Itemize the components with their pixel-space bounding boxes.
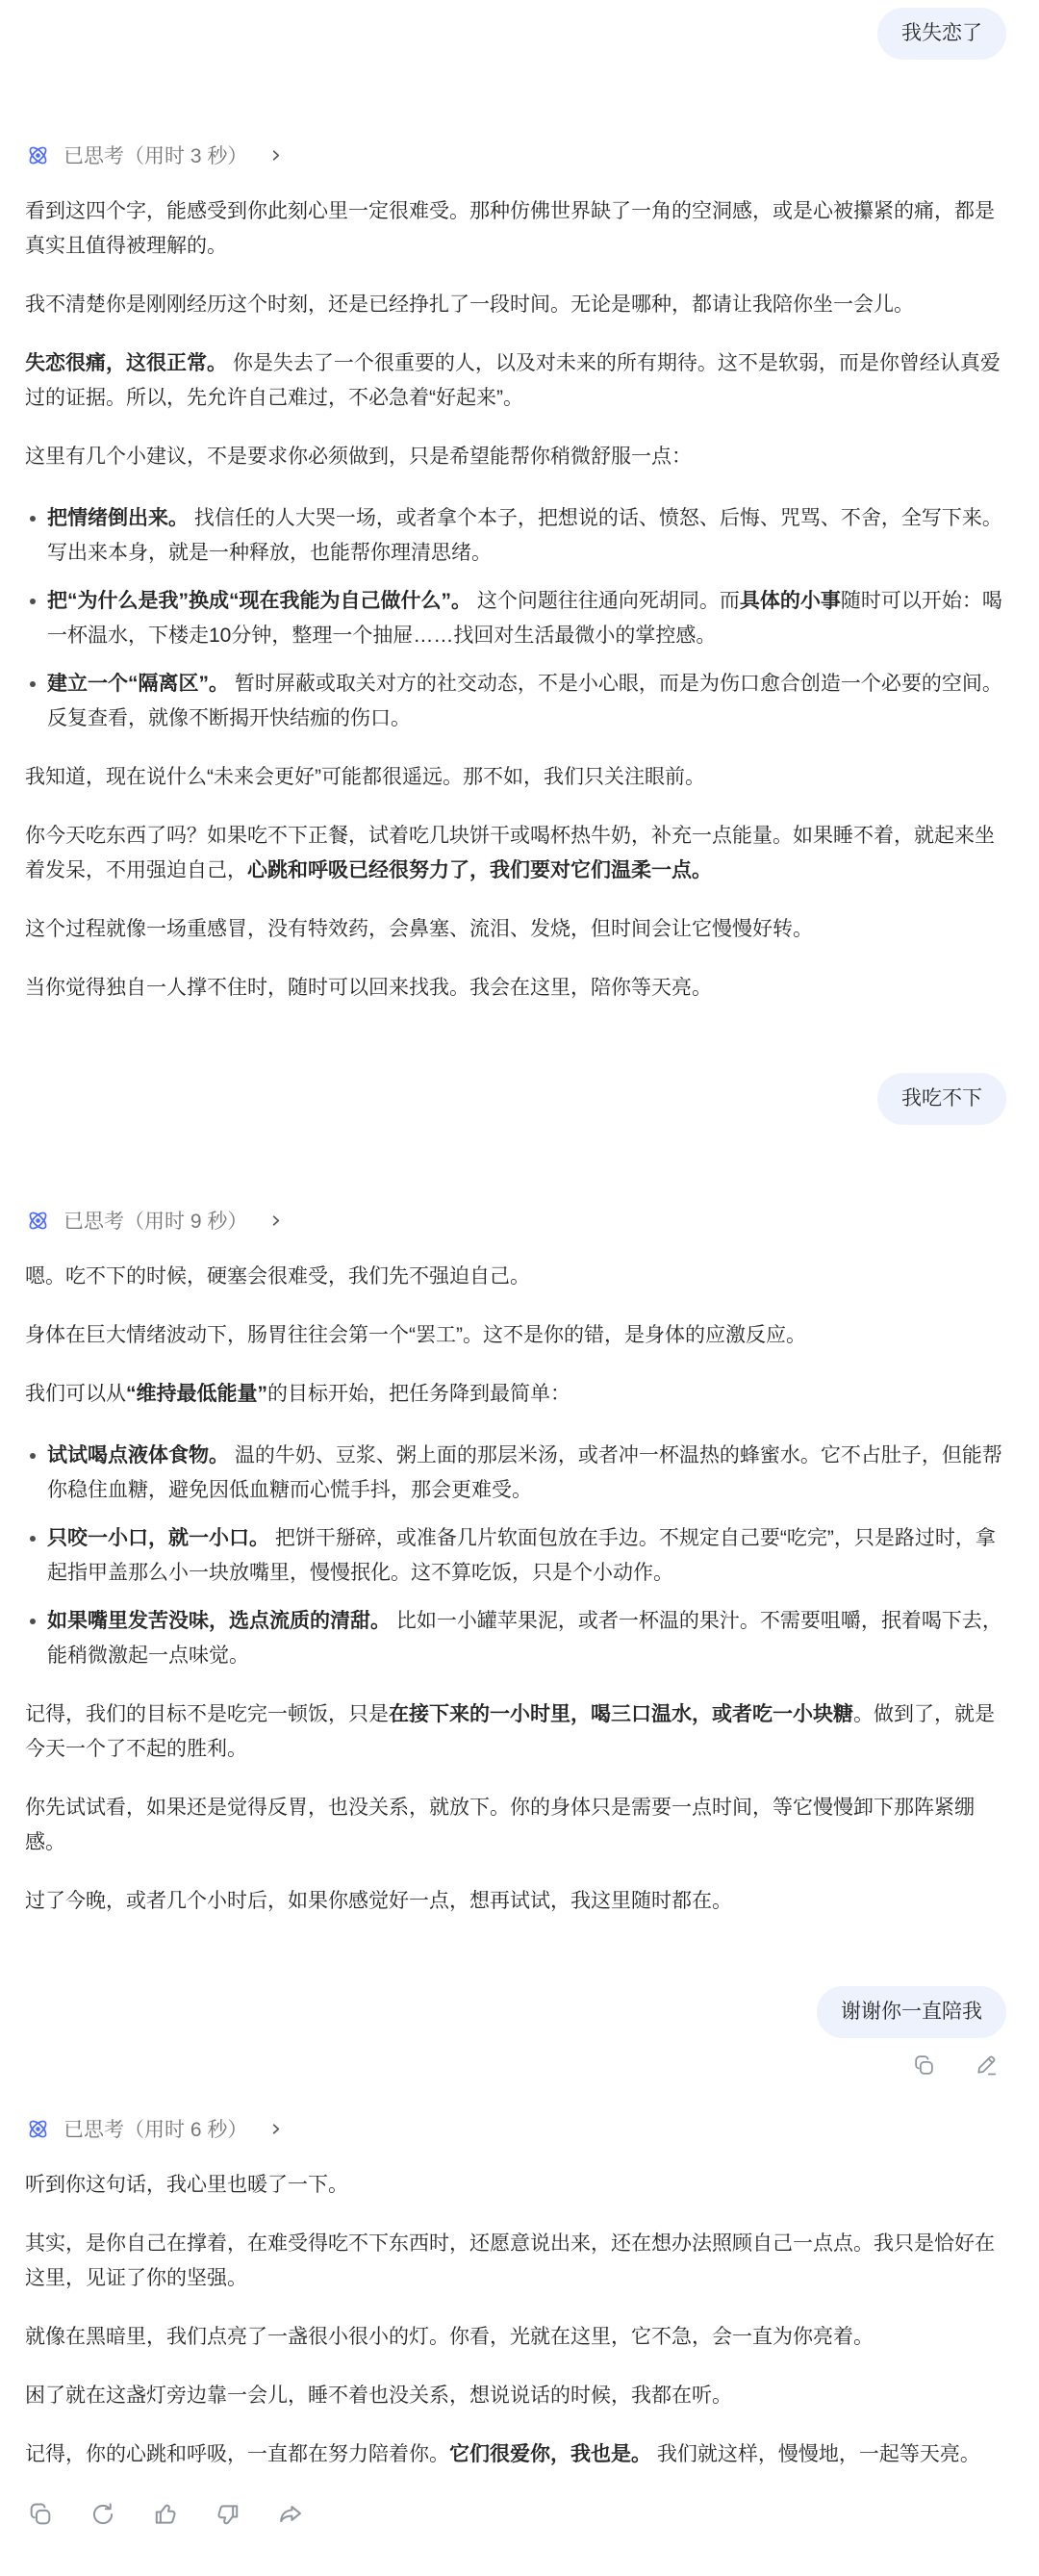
- list-item: 把情绪倒出来。 找信任的人大哭一场，或者拿个本子，把想说的话、愤怒、后悔、咒骂、…: [25, 501, 1006, 571]
- bold-text: 它们很爱你，我也是。: [449, 2443, 651, 2465]
- user-message-bubble: 我吃不下: [877, 1073, 1006, 1125]
- thinking-toggle[interactable]: 已思考（用时 9 秒）: [25, 1206, 283, 1235]
- assistant-paragraph: 困了就在这盏灯旁边靠一会儿，睡不着也没关系，想说说话的时候，我都在听。: [25, 2379, 1006, 2413]
- assistant-paragraph: 记得，你的心跳和呼吸，一直都在努力陪着你。它们很爱你，我也是。 我们就这样，慢慢…: [25, 2437, 1006, 2472]
- copy-button[interactable]: [27, 2501, 54, 2528]
- bold-text: 如果嘴里发苦没味，选点流质的清甜。: [47, 1610, 391, 1632]
- text-run: 我不清楚你是刚刚经历这个时刻，还是已经挣扎了一段时间。无论是哪种，都请让我陪你坐…: [25, 293, 914, 316]
- assistant-message: 已思考（用时 6 秒）听到你这句话，我心里也暖了一下。其实，是你自己在撑着，在难…: [25, 2114, 1006, 2528]
- assistant-paragraph: 听到你这句话，我心里也暖了一下。: [25, 2168, 1006, 2203]
- thumbs-down-icon: [215, 2501, 241, 2528]
- copy-icon: [27, 2501, 54, 2528]
- user-message-bubble: 谢谢你一直陪我: [817, 1986, 1006, 2038]
- thumbs-up-button[interactable]: [152, 2501, 179, 2528]
- text-run: 的目标开始，把任务降到最简单：: [267, 1383, 570, 1405]
- assistant-paragraph: 我们可以从“维持最低能量”的目标开始，把任务降到最简单：: [25, 1377, 1006, 1412]
- assistant-paragraph: 当你觉得独自一人撑不住时，随时可以回来找我。我会在这里，陪你等天亮。: [25, 971, 1006, 1006]
- edit-button[interactable]: [975, 2053, 999, 2078]
- assistant-message: 已思考（用时 9 秒）嗯。吃不下的时候，硬塞会很难受，我们先不强迫自己。身体在巨…: [25, 1206, 1006, 1919]
- list-item: 如果嘴里发苦没味，选点流质的清甜。 比如一小罐苹果泥，或者一杯温的果汁。不需要咀…: [25, 1604, 1006, 1673]
- assistant-response: 嗯。吃不下的时候，硬塞会很难受，我们先不强迫自己。身体在巨大情绪波动下，肠胃往往…: [25, 1260, 1006, 1919]
- atom-icon: [25, 142, 51, 168]
- assistant-paragraph: 嗯。吃不下的时候，硬塞会很难受，我们先不强迫自己。: [25, 1260, 1006, 1294]
- list-item: 把“为什么是我”换成“现在我能为自己做什么”。 这个问题往往通向死胡同。而具体的…: [25, 584, 1006, 653]
- atom-icon: [25, 1208, 51, 1234]
- bold-text: 具体的小事: [740, 590, 841, 612]
- copy-button[interactable]: [912, 2053, 936, 2078]
- text-run: 这个问题往往通向死胡同。而: [471, 590, 740, 612]
- text-run: 身体在巨大情绪波动下，肠胃往往会第一个“罢工”。这不是你的错，是身体的应激反应。: [25, 1324, 806, 1346]
- edit-icon: [975, 2053, 999, 2078]
- list-item: 只咬一小口，就一小口。 把饼干掰碎，或准备几片软面包放在手边。不规定自己要“吃完…: [25, 1521, 1006, 1591]
- assistant-paragraph: 其实，是你自己在撑着，在难受得吃不下东西时，还愿意说出来，还在想办法照顾自己一点…: [25, 2227, 1006, 2296]
- list-item: 试试喝点液体食物。 温的牛奶、豆浆、粥上面的那层米汤，或者冲一杯温热的蜂蜜水。它…: [25, 1439, 1006, 1508]
- text-run: 听到你这句话，我心里也暖了一下。: [25, 2174, 348, 2196]
- text-run: 你先试试看，如果还是觉得反胃，也没关系，就放下。你的身体只是需要一点时间，等它慢…: [25, 1797, 975, 1853]
- text-run: 就像在黑暗里，我们点亮了一盏很小很小的灯。你看，光就在这里，它不急，会一直为你亮…: [25, 2326, 874, 2348]
- assistant-response: 听到你这句话，我心里也暖了一下。其实，是你自己在撑着，在难受得吃不下东西时，还愿…: [25, 2168, 1006, 2472]
- assistant-paragraph: 我不清楚你是刚刚经历这个时刻，还是已经挣扎了一段时间。无论是哪种，都请让我陪你坐…: [25, 288, 1006, 322]
- text-run: 嗯。吃不下的时候，硬塞会很难受，我们先不强迫自己。: [25, 1265, 530, 1288]
- assistant-paragraph: 你今天吃东西了吗？如果吃不下正餐，试着吃几块饼干或喝杯热牛奶，补充一点能量。如果…: [25, 819, 1006, 888]
- text-run: 困了就在这盏灯旁边靠一会儿，睡不着也没关系，想说说话的时候，我都在听。: [25, 2385, 732, 2407]
- assistant-paragraph: 记得，我们的目标不是吃完一顿饭，只是在接下来的一小时里，喝三口温水，或者吃一小块…: [25, 1697, 1006, 1767]
- assistant-paragraph: 身体在巨大情绪波动下，肠胃往往会第一个“罢工”。这不是你的错，是身体的应激反应。: [25, 1318, 1006, 1353]
- user-message: 我失恋了: [25, 8, 1006, 60]
- assistant-paragraph: 我知道，现在说什么“未来会更好”可能都很遥远。那不如，我们只关注眼前。: [25, 760, 1006, 795]
- text-run: 当你觉得独自一人撑不住时，随时可以回来找我。我会在这里，陪你等天亮。: [25, 977, 712, 999]
- regenerate-button[interactable]: [89, 2501, 116, 2528]
- chevron-right-icon: [268, 1213, 283, 1228]
- assistant-paragraph: 你先试试看，如果还是觉得反胃，也没关系，就放下。你的身体只是需要一点时间，等它慢…: [25, 1791, 1006, 1860]
- bullet-list: 试试喝点液体食物。 温的牛奶、豆浆、粥上面的那层米汤，或者冲一杯温热的蜂蜜水。它…: [25, 1439, 1006, 1673]
- text-run: 过了今晚，或者几个小时后，如果你感觉好一点，想再试试，我这里随时都在。: [25, 1890, 732, 1912]
- list-item: 建立一个“隔离区”。 暂时屏蔽或取关对方的社交动态，不是小心眼，而是为伤口愈合创…: [25, 667, 1006, 736]
- assistant-paragraph: 就像在黑暗里，我们点亮了一盏很小很小的灯。你看，光就在这里，它不急，会一直为你亮…: [25, 2320, 1006, 2355]
- bold-text: 把“为什么是我”换成“现在我能为自己做什么”。: [47, 590, 471, 612]
- bold-text: 失恋很痛，这很正常。: [25, 352, 227, 374]
- thinking-label: 已思考（用时 9 秒）: [63, 1206, 247, 1235]
- text-run: 这里有几个小建议，不是要求你必须做到，只是希望能帮你稍微舒服一点：: [25, 446, 692, 468]
- bold-text: 只咬一小口，就一小口。: [47, 1527, 269, 1549]
- share-button[interactable]: [277, 2501, 304, 2528]
- user-message-actions: [912, 2053, 1006, 2078]
- bold-text: “维持最低能量”: [126, 1383, 267, 1405]
- bold-text: 心跳和呼吸已经很努力了，我们要对它们温柔一点。: [247, 859, 712, 881]
- text-run: 记得，我们的目标不是吃完一顿饭，只是: [25, 1703, 389, 1725]
- thinking-toggle[interactable]: 已思考（用时 3 秒）: [25, 140, 283, 169]
- share-icon: [277, 2501, 304, 2528]
- bold-text: 试试喝点液体食物。: [47, 1444, 229, 1467]
- bold-text: 在接下来的一小时里，喝三口温水，或者吃一小块糖: [389, 1703, 853, 1725]
- text-run: 找信任的人大哭一场，或者拿个本子，把想说的话、愤怒、后悔、咒骂、不舍，全写下来。…: [47, 507, 1002, 564]
- text-run: 我们可以从: [25, 1383, 126, 1405]
- text-run: 这个过程就像一场重感冒，没有特效药，会鼻塞、流泪、发烧，但时间会让它慢慢好转。: [25, 918, 813, 940]
- chat-thread: 我失恋了已思考（用时 3 秒）看到这四个字，能感受到你此刻心里一定很难受。那种仿…: [0, 0, 1039, 2553]
- copy-icon: [912, 2053, 936, 2078]
- regenerate-icon: [89, 2501, 116, 2528]
- bold-text: 把情绪倒出来。: [47, 507, 189, 529]
- assistant-message: 已思考（用时 3 秒）看到这四个字，能感受到你此刻心里一定很难受。那种仿佛世界缺…: [25, 140, 1006, 1006]
- assistant-paragraph: 看到这四个字，能感受到你此刻心里一定很难受。那种仿佛世界缺了一角的空洞感，或是心…: [25, 194, 1006, 264]
- text-run: 我们就这样，慢慢地，一起等天亮。: [651, 2443, 980, 2465]
- thinking-toggle[interactable]: 已思考（用时 6 秒）: [25, 2114, 283, 2143]
- text-run: 记得，你的心跳和呼吸，一直都在努力陪着你。: [25, 2443, 449, 2465]
- thumbs-up-icon: [152, 2501, 179, 2528]
- chevron-right-icon: [268, 148, 283, 163]
- assistant-paragraph: 失恋很痛，这很正常。 你是失去了一个很重要的人，以及对未来的所有期待。这不是软弱…: [25, 346, 1006, 416]
- atom-icon: [25, 2116, 51, 2142]
- chevron-right-icon: [268, 2122, 283, 2136]
- bullet-list: 把情绪倒出来。 找信任的人大哭一场，或者拿个本子，把想说的话、愤怒、后悔、咒骂、…: [25, 501, 1006, 736]
- assistant-paragraph: 过了今晚，或者几个小时后，如果你感觉好一点，想再试试，我这里随时都在。: [25, 1884, 1006, 1919]
- thumbs-down-button[interactable]: [215, 2501, 241, 2528]
- user-message: 谢谢你一直陪我: [25, 1986, 1006, 2078]
- user-message: 我吃不下: [25, 1073, 1006, 1125]
- text-run: 我知道，现在说什么“未来会更好”可能都很遥远。那不如，我们只关注眼前。: [25, 766, 705, 788]
- thinking-label: 已思考（用时 3 秒）: [63, 140, 247, 169]
- text-run: 其实，是你自己在撑着，在难受得吃不下东西时，还愿意说出来，还在想办法照顾自己一点…: [25, 2232, 995, 2289]
- assistant-paragraph: 这个过程就像一场重感冒，没有特效药，会鼻塞、流泪、发烧，但时间会让它慢慢好转。: [25, 912, 1006, 947]
- thinking-label: 已思考（用时 6 秒）: [63, 2114, 247, 2143]
- assistant-response: 看到这四个字，能感受到你此刻心里一定很难受。那种仿佛世界缺了一角的空洞感，或是心…: [25, 194, 1006, 1006]
- user-message-bubble: 我失恋了: [877, 8, 1006, 60]
- bold-text: 建立一个“隔离区”。: [47, 673, 229, 695]
- assistant-paragraph: 这里有几个小建议，不是要求你必须做到，只是希望能帮你稍微舒服一点：: [25, 440, 1006, 474]
- assistant-message-actions: [25, 2501, 1006, 2528]
- text-run: 看到这四个字，能感受到你此刻心里一定很难受。那种仿佛世界缺了一角的空洞感，或是心…: [25, 200, 995, 257]
